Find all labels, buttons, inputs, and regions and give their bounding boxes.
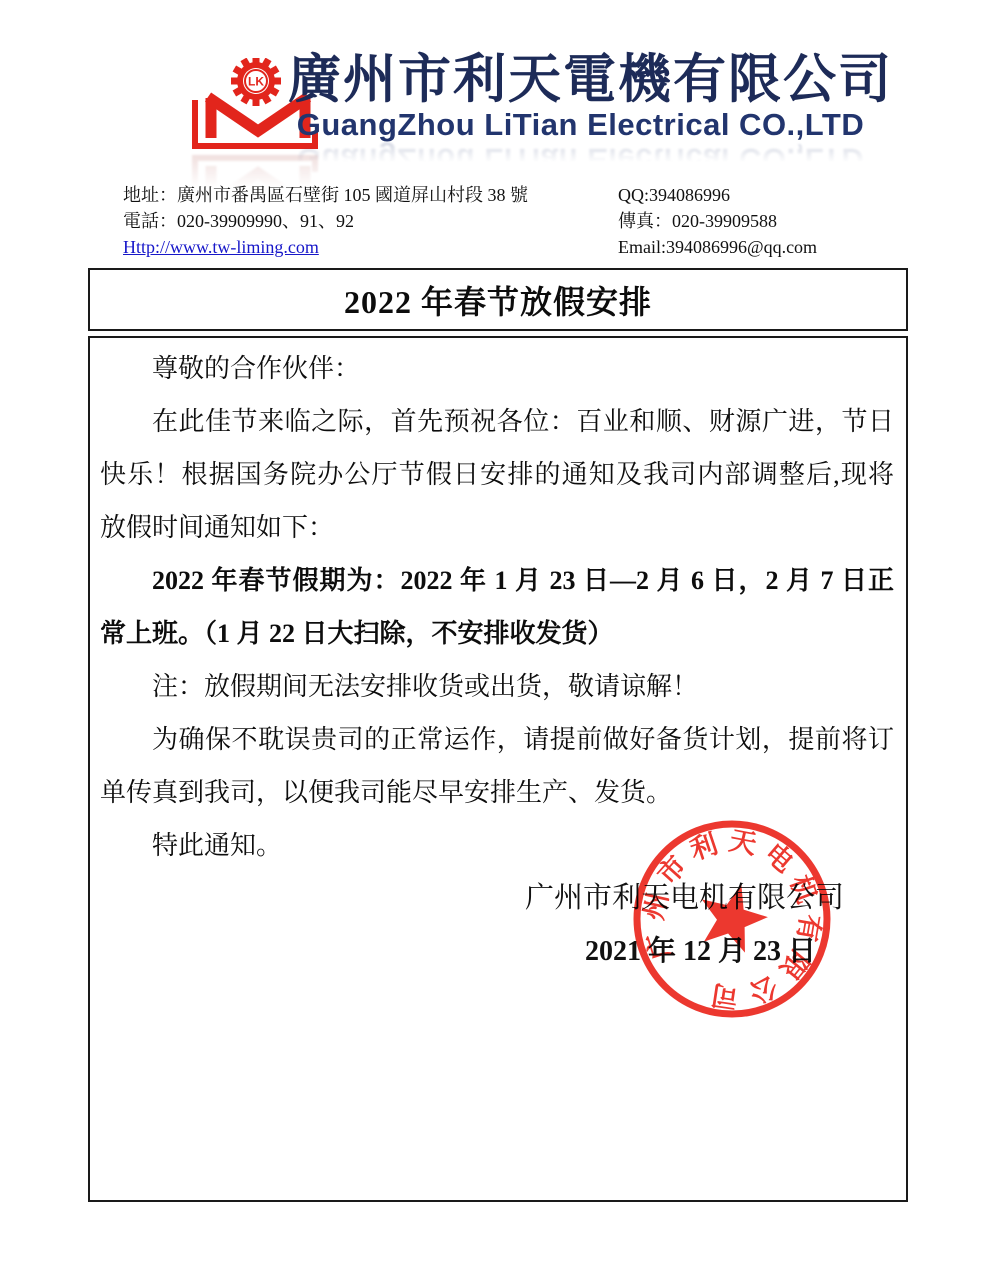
brand-block: 廣州市利天電機有限公司 GuangZhou LiTian Electrical … bbox=[288, 48, 873, 176]
company-name-en: GuangZhou LiTian Electrical CO.,LTD bbox=[288, 108, 873, 142]
contact-left-column: 地址：廣州市番禺區石壁街 105 國道屏山村段 38 號 電話：020-3990… bbox=[123, 182, 528, 260]
company-name-en-reflection: GuangZhou LiTian Electrical CO.,LTD bbox=[288, 142, 873, 176]
website-link[interactable]: Http://www.tw-liming.com bbox=[123, 237, 319, 257]
notice-title: 2022 年春节放假安排 bbox=[344, 277, 652, 323]
signature-date: 2021 年 12 月 23 日 bbox=[100, 925, 894, 978]
notice-body: 尊敬的合作伙伴： 在此佳节来临之际，首先预祝各位：百业和顺、财源广进，节日 快乐… bbox=[88, 336, 908, 1202]
signature-company: 广州市利天电机有限公司 bbox=[100, 872, 894, 925]
body-line: 为确保不耽误贵司的正常运作，请提前做好备货计划，提前将订 bbox=[100, 713, 894, 766]
contact-email: Email:394086996@qq.com bbox=[618, 234, 817, 260]
body-line: 单传真到我司，以便我司能尽早安排生产、发货。 bbox=[100, 766, 894, 819]
logo-monogram: LK bbox=[248, 75, 264, 89]
body-line: 常上班。（1 月 22 日大扫除，不安排收发货） bbox=[100, 607, 894, 660]
contact-phone: 電話：020-39909990、91、92 bbox=[123, 208, 528, 234]
body-line: 尊敬的合作伙伴： bbox=[100, 342, 894, 395]
body-line: 2022 年春节假期为：2022 年 1 月 23 日—2 月 6 日，2 月 … bbox=[100, 554, 894, 607]
contact-address: 地址：廣州市番禺區石壁街 105 國道屏山村段 38 號 bbox=[123, 182, 528, 208]
contact-qq: QQ:394086996 bbox=[618, 182, 817, 208]
body-line: 特此通知。 bbox=[100, 819, 894, 872]
title-box: 2022 年春节放假安排 bbox=[88, 268, 908, 331]
body-line: 快乐！根据国务院办公厅节假日安排的通知及我司内部调整后,现将 bbox=[100, 448, 894, 501]
contact-fax: 傳真：020-39909588 bbox=[618, 208, 817, 234]
company-name-cn: 廣州市利天電機有限公司 bbox=[288, 48, 873, 110]
letterhead: LK 廣州市利天電機有限公司 GuangZhou LiTian Electric… bbox=[0, 0, 1000, 268]
body-line: 放假时间通知如下： bbox=[100, 501, 894, 554]
contact-right-column: QQ:394086996 傳真：020-39909588 Email:39408… bbox=[618, 182, 817, 260]
body-line: 在此佳节来临之际，首先预祝各位：百业和顺、财源广进，节日 bbox=[100, 395, 894, 448]
notice-document: LK 廣州市利天電機有限公司 GuangZhou LiTian Electric… bbox=[0, 0, 1000, 1273]
body-line: 注：放假期间无法安排收货或出货，敬请谅解！ bbox=[100, 660, 894, 713]
